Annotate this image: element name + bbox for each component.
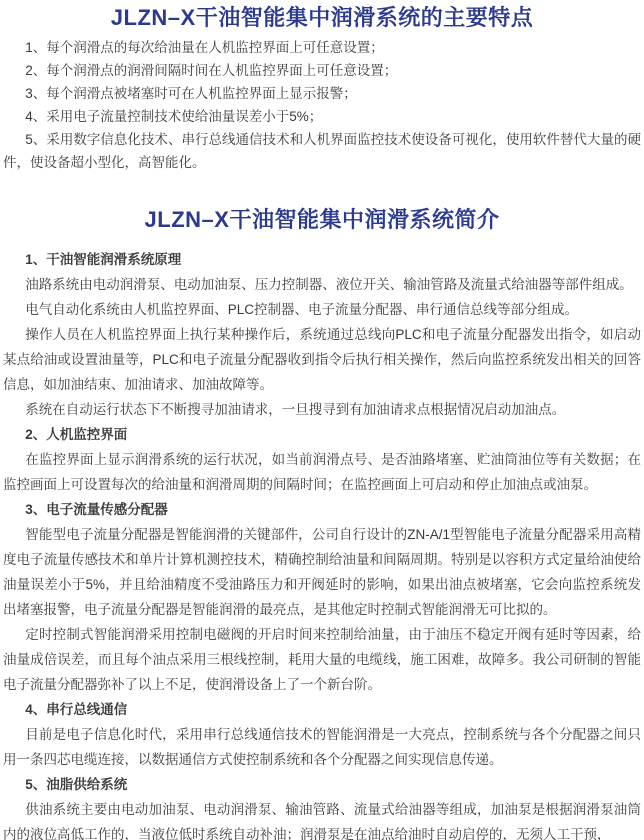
sub-heading-grease-supply: 5、油脂供给系统 bbox=[3, 772, 641, 797]
feature-item-3: 3、每个润滑点被堵塞时可在人机监控界面上显示报警； bbox=[3, 82, 641, 105]
intro-section-title: JLZN–X干油智能集中润滑系统简介 bbox=[3, 208, 641, 232]
features-list: 1、每个润滑点的每次给油量在人机监控界面上可任意设置； 2、每个润滑点的润滑间隔… bbox=[3, 36, 641, 174]
feature-item-1: 1、每个润滑点的每次给油量在人机监控界面上可任意设置； bbox=[3, 36, 641, 59]
paragraph-grease-supply-detail: 供油系统主要由电动加油泵、电动润滑泵、输油管路、流量式给油器等组成，加油泵是根据… bbox=[3, 797, 641, 840]
feature-item-2: 2、每个润滑点的润滑间隔时间在人机监控界面上可任意设置； bbox=[3, 59, 641, 82]
intro-content: 1、干油智能润滑系统原理 油路系统由电动润滑泵、电动加油泵、压力控制器、液位开关… bbox=[3, 247, 641, 840]
features-section-title: JLZN–X干油智能集中润滑系统的主要特点 bbox=[3, 0, 641, 30]
sub-heading-hmi: 2、人机监控界面 bbox=[3, 422, 641, 447]
paragraph-auto-run: 系统在自动运行状态下不断搜寻加油请求，一旦搜寻到有加油请求点根据情况启动加油点。 bbox=[3, 397, 641, 422]
sub-heading-system-principle: 1、干油智能润滑系统原理 bbox=[3, 247, 641, 272]
feature-item-5: 5、采用数字信息化技术、串行总线通信技术和人机界面监控技术使设备可视化，使用软件… bbox=[3, 128, 641, 174]
paragraph-operator-workflow: 操作人员在人机监控界面上执行某种操作后，系统通过总线向PLC和电子流量分配器发出… bbox=[3, 322, 641, 397]
paragraph-oil-circuit: 油路系统由电动润滑泵、电动加油泵、压力控制器、液位开关、输油管路及流量式给油器等… bbox=[3, 272, 641, 297]
feature-item-4: 4、采用电子流量控制技术使给油量误差小于5%； bbox=[3, 105, 641, 128]
paragraph-serial-bus-detail: 目前是电子信息化时代，采用串行总线通信技术的智能润滑是一大亮点，控制系统与各个分… bbox=[3, 722, 641, 772]
document-page: JLZN–X干油智能集中润滑系统的主要特点 1、每个润滑点的每次给油量在人机监控… bbox=[0, 0, 644, 840]
paragraph-timed-control-comparison: 定时控制式智能润滑采用控制电磁阀的开启时间来控制给油量，由于油压不稳定开阀有延时… bbox=[3, 622, 641, 697]
paragraph-hmi-display: 在监控界面上显示润滑系统的运行状况，如当前润滑点号、是否油路堵塞、贮油筒油位等有… bbox=[3, 447, 641, 497]
paragraph-electrical-automation: 电气自动化系统由人机监控界面、PLC控制器、电子流量分配器、串行通信总线等部分组… bbox=[3, 297, 641, 322]
paragraph-flow-distributor-detail: 智能型电子流量分配器是智能润滑的关键部件，公司自行设计的ZN-A/1型智能电子流… bbox=[3, 522, 641, 622]
sub-heading-flow-distributor: 3、电子流量传感分配器 bbox=[3, 497, 641, 522]
sub-heading-serial-bus: 4、串行总线通信 bbox=[3, 697, 641, 722]
